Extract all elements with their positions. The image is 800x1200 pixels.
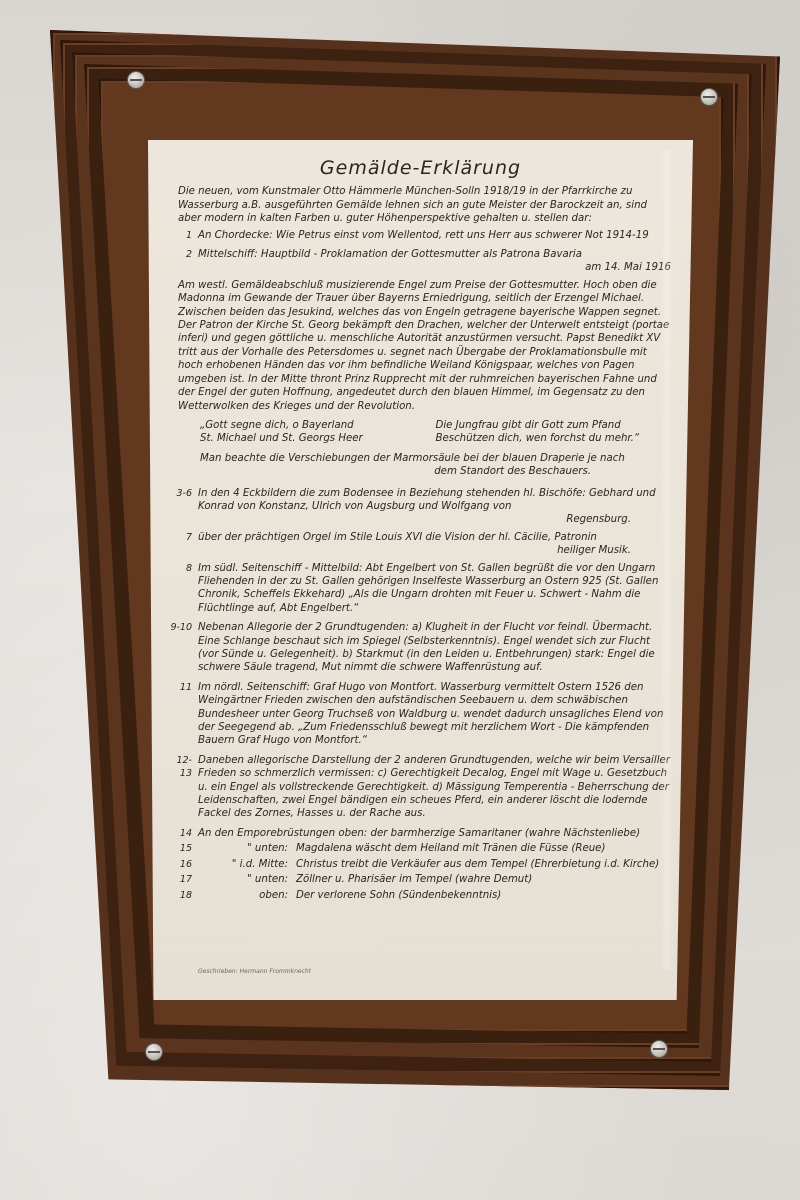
note-text: Man beachte die Verschiebungen der Marmo…: [200, 452, 671, 465]
document-sheet: Gemälde-Erklärung Die neuen, vom Kunstma…: [148, 140, 693, 1000]
item-text: In den 4 Eckbildern die zum Bodensee in …: [198, 487, 671, 514]
item-text: An Chordecke: Wie Petrus einst vom Welle…: [198, 229, 671, 242]
item-number: 18: [170, 889, 198, 902]
list-item: 3-6 In den 4 Eckbildern die zum Bodensee…: [170, 487, 671, 514]
list-item: 12-13 Daneben allegorische Darstellung d…: [170, 754, 671, 821]
screw-icon: [650, 1040, 668, 1058]
gallery-location: " i.d. Mitte:: [198, 858, 296, 871]
list-item: 11 Im nördl. Seitenschiff: Graf Hugo von…: [170, 681, 671, 748]
gallery-location: " unten:: [198, 873, 296, 886]
item-number: 15: [170, 842, 198, 855]
gallery-text: Christus treibt die Verkäufer aus dem Te…: [296, 858, 671, 871]
gallery-text: Der verlorene Sohn (Sündenbekenntnis): [296, 889, 671, 902]
proclamation-date: am 14. Mai 1916: [170, 261, 671, 274]
list-item: 9-10 Nebenan Allegorie der 2 Grundtugend…: [170, 621, 671, 675]
item-number: 2: [170, 248, 198, 261]
gallery-item: 18 oben: Der verlorene Sohn (Sündenbeken…: [170, 889, 671, 902]
list-item: 8 Im südl. Seitenschiff - Mittelbild: Ab…: [170, 562, 671, 616]
screw-icon: [127, 71, 145, 89]
item-text: über der prächtigen Orgel im Stile Louis…: [198, 531, 671, 544]
document-title: Gemälde-Erklärung: [170, 162, 671, 175]
verse-block: „Gott segne dich, o Bayerland St. Michae…: [200, 419, 671, 446]
note-text-cont: dem Standort des Beschauers.: [200, 465, 671, 478]
verse-line: Beschützen dich, wen forchst du mehr.“: [436, 432, 672, 445]
item-number: 12-13: [170, 754, 198, 821]
verse-line: Die Jungfrau gibt dir Gott zum Pfand: [436, 419, 672, 432]
gallery-text: der barmherzige Samaritaner (wahre Nächs…: [370, 828, 640, 839]
verse-line: St. Michael und St. Georgs Heer: [200, 432, 436, 445]
item-text: Nebenan Allegorie der 2 Grundtugenden: a…: [198, 621, 671, 675]
item-number: 1: [170, 229, 198, 242]
screw-icon: [700, 88, 718, 106]
gallery-location: " unten:: [198, 842, 296, 855]
gallery-text: Zöllner u. Pharisäer im Tempel (wahre De…: [296, 873, 671, 886]
item-number: 7: [170, 531, 198, 544]
item-tail: Regensburg.: [170, 513, 671, 526]
item-number: 17: [170, 873, 198, 886]
list-item: 2 Mittelschiff: Hauptbild - Proklamation…: [170, 248, 671, 261]
item-number: 8: [170, 562, 198, 616]
glass-glare: [660, 150, 674, 970]
item-number: 16: [170, 858, 198, 871]
gallery-text: Magdalena wäscht dem Heiland mit Tränen …: [296, 842, 671, 855]
gallery-item: 16 " i.d. Mitte: Christus treibt die Ver…: [170, 858, 671, 871]
item-number: 9-10: [170, 621, 198, 675]
verse-line: „Gott segne dich, o Bayerland: [200, 419, 436, 432]
item-text: Im nördl. Seitenschiff: Graf Hugo von Mo…: [198, 681, 671, 748]
list-item: 1 An Chordecke: Wie Petrus einst vom Wel…: [170, 229, 671, 242]
signature: Geschrieben: Hermann Frommknecht: [198, 965, 311, 978]
gallery-item: 15 " unten: Magdalena wäscht dem Heiland…: [170, 842, 671, 855]
intro-paragraph: Die neuen, vom Kunstmaler Otto Hämmerle …: [178, 185, 671, 225]
item-number: 3-6: [170, 487, 198, 514]
note: Man beachte die Verschiebungen der Marmo…: [200, 452, 671, 479]
verse-right: Die Jungfrau gibt dir Gott zum Pfand Bes…: [436, 419, 672, 446]
gallery-location: An den Emporebrüstungen oben:: [198, 828, 367, 839]
gallery-location: oben:: [198, 889, 296, 902]
item-number: 11: [170, 681, 198, 748]
gallery-item: 14 An den Emporebrüstungen oben: der bar…: [170, 827, 671, 840]
list-item: 7 über der prächtigen Orgel im Stile Lou…: [170, 531, 671, 544]
item-text: Im südl. Seitenschiff - Mittelbild: Abt …: [198, 562, 671, 616]
item-text: Mittelschiff: Hauptbild - Proklamation d…: [198, 248, 671, 261]
description-paragraph: Am westl. Gemäldeabschluß musizierende E…: [178, 279, 671, 413]
item-tail: heiliger Musik.: [170, 544, 671, 557]
item-number: 14: [170, 827, 198, 840]
gallery-list: 14 An den Emporebrüstungen oben: der bar…: [170, 827, 671, 902]
verse-left: „Gott segne dich, o Bayerland St. Michae…: [200, 419, 436, 446]
item-text: Daneben allegorische Darstellung der 2 a…: [198, 754, 671, 821]
screw-icon: [145, 1043, 163, 1061]
gallery-item: 17 " unten: Zöllner u. Pharisäer im Temp…: [170, 873, 671, 886]
